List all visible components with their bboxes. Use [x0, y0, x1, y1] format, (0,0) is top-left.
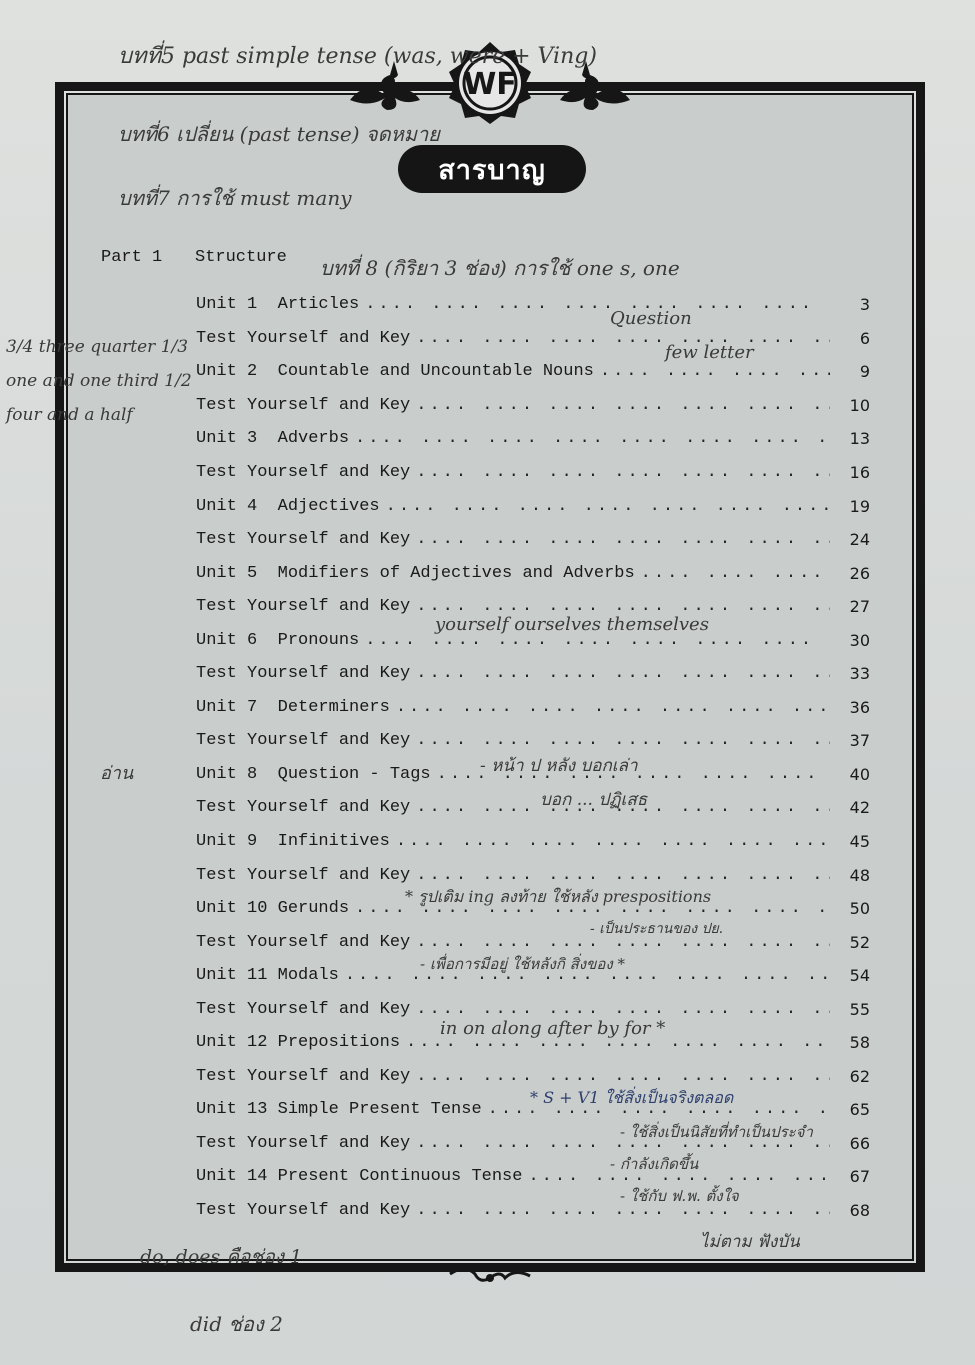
toc-entry-title: Test Yourself and Key [196, 597, 410, 616]
toc-page-number: 26 [836, 564, 870, 583]
toc-page-number: 40 [836, 765, 870, 784]
page-title: สารบาญ [398, 145, 586, 193]
toc-entry-title: Test Yourself and Key [196, 329, 410, 348]
handwritten-note: yourself ourselves themselves [435, 614, 709, 635]
handwritten-note: ไม่ตาม ฟังบัน [700, 1228, 800, 1255]
part-name: Structure [195, 248, 287, 267]
toc-entry-title: Unit 13 Simple Present Tense [196, 1100, 482, 1119]
toc-entry-title: Test Yourself and Key [196, 664, 410, 683]
toc-entry: Unit 1 Articles.... .... .... .... .... … [196, 288, 870, 322]
toc-page-number: 33 [836, 664, 870, 683]
toc-page-number: 68 [836, 1201, 870, 1220]
handwritten-note: - เป็นประธานของ ปย. [590, 918, 723, 940]
leader-dots: .... .... .... .... .... .... .... .... … [386, 497, 830, 516]
toc-entry-title: Unit 5 Modifiers of Adjectives and Adver… [196, 564, 635, 583]
handwritten-note: - ใช้สิ่งเป็นนิสัยที่ทำเป็นประจำ [620, 1120, 813, 1144]
toc-page-number: 52 [836, 933, 870, 952]
handwritten-note: - ใช้กับ ฟ.พ. ตั้งใจ [620, 1184, 739, 1208]
toc-entry: Test Yourself and Key.... .... .... ....… [196, 523, 870, 557]
toc-page-number: 19 [836, 497, 870, 516]
toc-page-number: 58 [836, 1033, 870, 1052]
toc-page-number: 6 [836, 329, 870, 348]
toc-entry: Unit 3 Adverbs.... .... .... .... .... .… [196, 422, 870, 456]
leader-dots: .... .... .... .... .... .... .... .... … [416, 731, 830, 750]
toc-page-number: 48 [836, 866, 870, 885]
toc-entry-title: Unit 9 Infinitives [196, 832, 390, 851]
toc-entry-title: Test Yourself and Key [196, 530, 410, 549]
leader-dots: .... .... .... .... .... .... .... .... … [416, 329, 830, 348]
toc-page-number: 24 [836, 530, 870, 549]
toc-entry-title: Unit 8 Question - Tags [196, 765, 431, 784]
toc-page-number: 16 [836, 463, 870, 482]
toc-entry-title: Test Yourself and Key [196, 798, 410, 817]
toc-entry-title: Unit 12 Prepositions [196, 1033, 400, 1052]
toc-entry-title: Unit 1 Articles [196, 295, 359, 314]
handwritten-note: 3/4 three quarter 1/3 one and one third … [6, 330, 206, 432]
toc-page-number: 45 [836, 832, 870, 851]
handwritten-note: Question [610, 308, 692, 329]
toc-entry-title: Unit 14 Present Continuous Tense [196, 1167, 522, 1186]
leader-dots: .... .... .... .... .... .... .... .... … [416, 664, 830, 683]
leader-dots: .... .... .... .... .... .... .... .... … [416, 530, 830, 549]
toc-entry-title: Test Yourself and Key [196, 731, 410, 750]
leader-dots: .... .... .... .... .... .... .... .... … [416, 1000, 830, 1019]
toc-entry-title: Unit 7 Determiners [196, 698, 390, 717]
handwritten-note: do, does คือช่อง 1 [140, 1242, 302, 1272]
toc-entry-title: Test Yourself and Key [196, 1201, 410, 1220]
toc-entry-title: Unit 2 Countable and Uncountable Nouns [196, 362, 594, 381]
handwritten-note: บทที่ 8 (กิริยา 3 ช่อง) การใช้ one s, on… [320, 252, 680, 284]
leader-dots: .... .... .... .... .... .... .... .... … [600, 362, 830, 381]
leader-dots: .... .... .... .... .... .... .... .... … [641, 564, 830, 583]
toc-page-number: 30 [836, 631, 870, 650]
toc-page-number: 36 [836, 698, 870, 717]
toc-entry: Test Yourself and Key.... .... .... ....… [196, 322, 870, 356]
handwritten-note: * S + V1 ใช้สิ่งเป็นจริงตลอด [530, 1086, 733, 1111]
leader-dots: .... .... .... .... .... .... .... .... … [365, 295, 830, 314]
toc-entry-title: Test Yourself and Key [196, 396, 410, 415]
toc-entry: Test Yourself and Key.... .... .... ....… [196, 389, 870, 423]
leader-dots: .... .... .... .... .... .... .... .... … [416, 866, 830, 885]
leader-dots: .... .... .... .... .... .... .... .... … [396, 832, 830, 851]
toc-page-number: 50 [836, 899, 870, 918]
toc-page-number: 54 [836, 966, 870, 985]
part-heading: Part 1Structure [101, 248, 287, 267]
toc-entry-title: Test Yourself and Key [196, 1000, 410, 1019]
handwritten-note: บทที่5 past simple tense (was, were + Vi… [118, 38, 597, 73]
toc-entry: Unit 5 Modifiers of Adjectives and Adver… [196, 556, 870, 590]
leader-dots: .... .... .... .... .... .... .... .... … [355, 429, 830, 448]
toc-page-number: 13 [836, 429, 870, 448]
handwritten-note: บทที่7 การใช้ must many [118, 182, 352, 214]
toc-entry: Test Yourself and Key.... .... .... ....… [196, 456, 870, 490]
toc-page-number: 3 [836, 295, 870, 314]
handwritten-note: - หน้า ป หลัง บอกเล่า [480, 752, 638, 779]
handwritten-note: did ช่อง 2 [190, 1308, 283, 1340]
toc-entry-title: Test Yourself and Key [196, 866, 410, 885]
toc-entry: Unit 4 Adjectives.... .... .... .... ...… [196, 489, 870, 523]
toc-entry: Test Yourself and Key.... .... .... ....… [196, 1194, 870, 1228]
toc-page-number: 9 [836, 362, 870, 381]
handwritten-note: บอก ... ปฏิเสธ [540, 786, 647, 813]
toc-entry: Unit 7 Determiners.... .... .... .... ..… [196, 691, 870, 725]
toc-page-number: 27 [836, 597, 870, 616]
toc-entry: Test Yourself and Key.... .... .... ....… [196, 791, 870, 825]
toc-page-number: 55 [836, 1000, 870, 1019]
handwritten-note: อ่าน [100, 758, 133, 787]
handwritten-note: - เพื่อการมีอยู่ ใช้หลังกิ สิ่งของ * [420, 952, 625, 976]
leader-dots: .... .... .... .... .... .... .... .... … [416, 463, 830, 482]
toc-entry-title: Test Yourself and Key [196, 933, 410, 952]
toc-page-number: 65 [836, 1100, 870, 1119]
toc-entry-title: Test Yourself and Key [196, 1134, 410, 1153]
leader-dots: .... .... .... .... .... .... .... .... … [416, 396, 830, 415]
toc-entry-title: Unit 3 Adverbs [196, 429, 349, 448]
toc-page-number: 42 [836, 798, 870, 817]
toc-page-number: 37 [836, 731, 870, 750]
toc-entry: Unit 14 Present Continuous Tense.... ...… [196, 1160, 870, 1194]
toc-entry: Unit 2 Countable and Uncountable Nouns..… [196, 355, 870, 389]
handwritten-note: * รูปเติม ing ลงท้าย ใช้หลัง prespositio… [405, 885, 711, 910]
part-label: Part 1 [101, 248, 195, 267]
toc-entry-title: Unit 11 Modals [196, 966, 339, 985]
handwritten-note: บทที่6 เปลี่ยน (past tense) จดหมาย [118, 118, 440, 150]
toc-page-number: 10 [836, 396, 870, 415]
toc-entry-title: Unit 10 Gerunds [196, 899, 349, 918]
toc-entry-title: Test Yourself and Key [196, 463, 410, 482]
toc-entry: Unit 9 Infinitives.... .... .... .... ..… [196, 825, 870, 859]
toc-entry-title: Test Yourself and Key [196, 1067, 410, 1086]
bottom-ornament-icon [440, 1262, 540, 1288]
toc-page-number: 66 [836, 1134, 870, 1153]
toc-page-number: 62 [836, 1067, 870, 1086]
toc-entry-title: Unit 4 Adjectives [196, 497, 380, 516]
handwritten-note: few letter [665, 342, 754, 363]
handwritten-note: in on along after by for * [440, 1018, 665, 1039]
leader-dots: .... .... .... .... .... .... .... .... … [396, 698, 830, 717]
handwritten-note: - กำลังเกิดขึ้น [610, 1152, 698, 1176]
toc-page-number: 67 [836, 1167, 870, 1186]
toc-entry-title: Unit 6 Pronouns [196, 631, 359, 650]
toc-entry: Test Yourself and Key.... .... .... ....… [196, 657, 870, 691]
leader-dots: .... .... .... .... .... .... .... .... … [416, 1067, 830, 1086]
